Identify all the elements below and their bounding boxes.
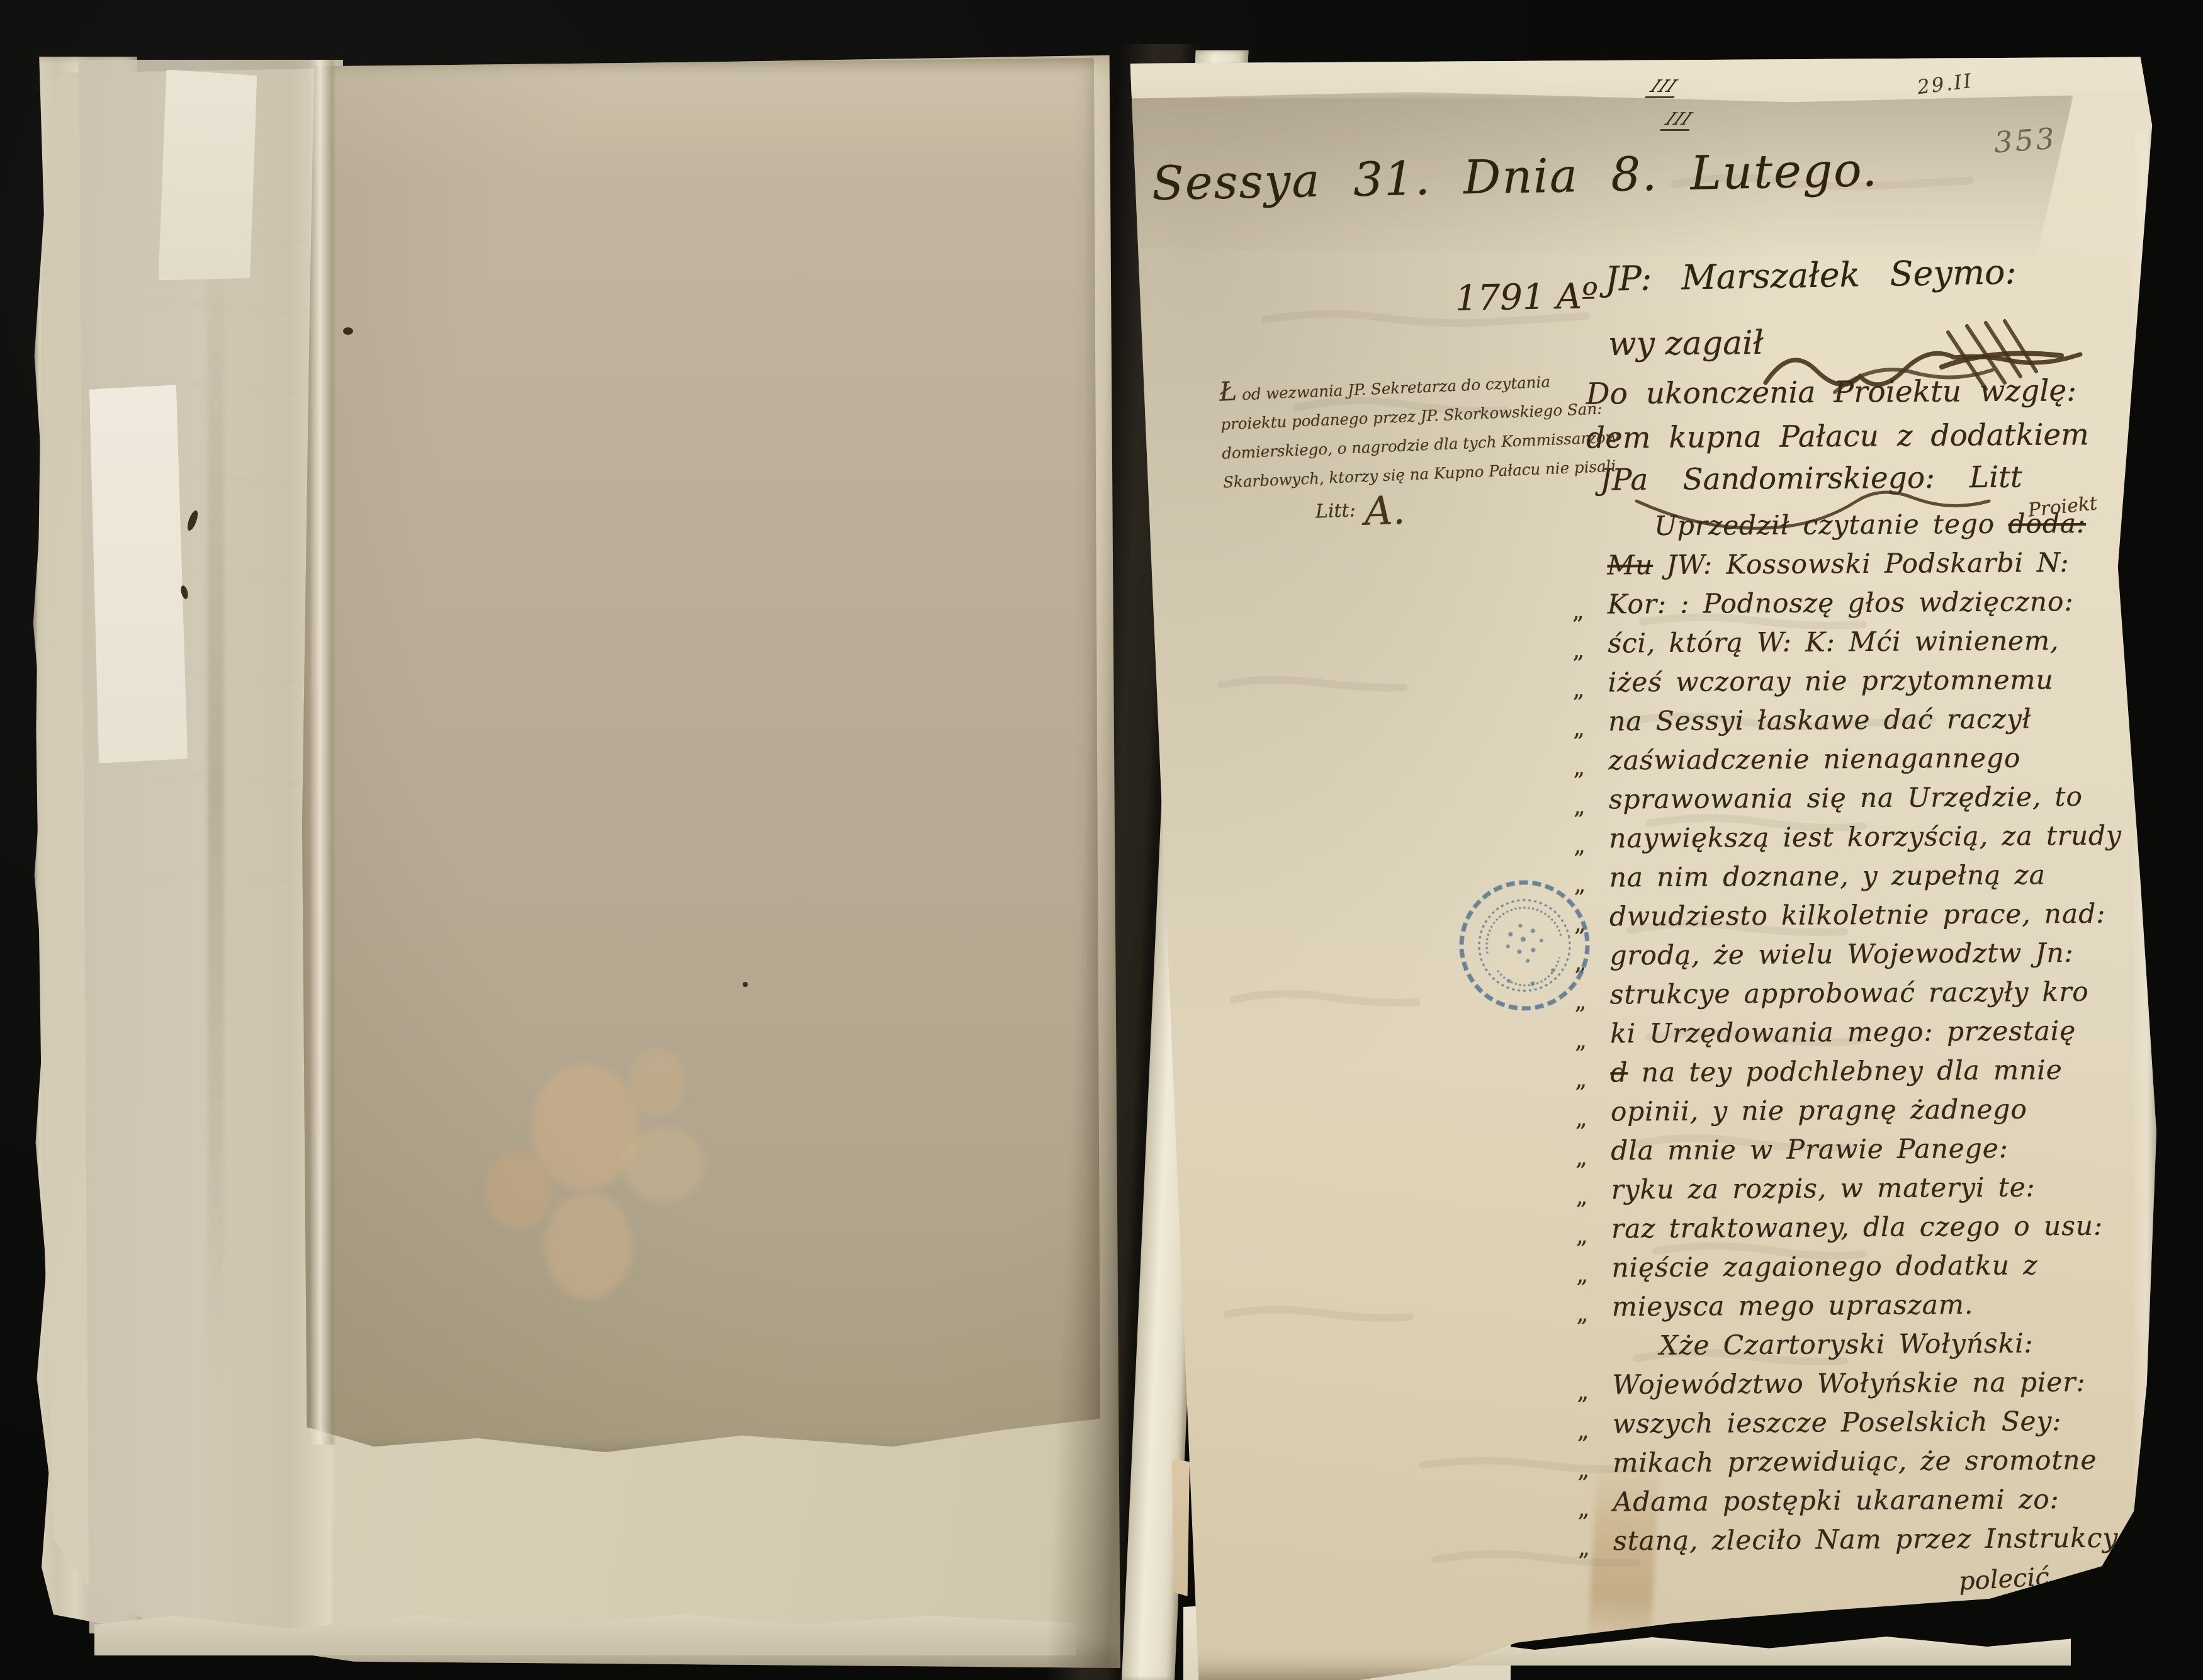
quote-mark: „ [1575,1145,1588,1171]
manuscript-line: „grodą, że wielu Wojewodztw Jn: [1573,937,2171,980]
text-segment: mikach przewiduiąc, że sromotne [1613,1445,2097,1479]
manuscript-line: „sprawowania się na Urzędzie, to [1572,781,2170,824]
manuscript-line: „d na tey podchlebney dla mnie [1574,1054,2172,1097]
line-text: Województwo Wołyńskie na pier: [1612,1367,2085,1401]
text-segment: Kor: : Podnoszę głos wdzięczno: [1608,587,2074,621]
paper-repair-strip-left [89,385,188,764]
ink-speck [343,327,353,335]
quote-mark: „ [1577,1301,1589,1327]
text-segment: dwudziesto kilkoletnie prace, nad: [1609,899,2106,933]
manuscript-line: „mieysca mego upraszam. [1575,1288,2173,1331]
line-text: ści, którą W: K: Mći winienem, [1608,626,2059,659]
opening-line-3: Do ukonczenia Proiektu wzglę: [1586,373,2076,411]
manuscript-line: „na Sessyi łaskawe dać raczył [1572,703,2170,746]
manuscript-line: „na nim doznane, y zupełną za [1572,859,2170,902]
line-text: Kor: : Podnoszę głos wdzięczno: [1608,587,2074,621]
text-segment: Adama postępki ukaranemi zo: [1613,1484,2059,1518]
quote-mark: „ [1574,794,1586,820]
text-segment: ryku za rozpis, w materyi te: [1611,1172,2035,1205]
manuscript-line: Xże Czartoryski Wołyński: [1575,1328,2173,1370]
quote-mark: „ [1575,1106,1588,1132]
speaker-line-1: JP: Marszałek Seymo: [1605,252,2017,298]
corner-ink-mark: 29.II [1916,70,1975,99]
quote-mark: „ [1578,1496,1591,1522]
right-page: III III 29.II 353 Sessya 31. Dnia 8. Lut… [1108,55,2178,1680]
session-title: Sessya 31. Dnia 8. Lutego. [1151,143,1878,211]
quote-mark: „ [1575,1067,1587,1093]
sheet-fold-ridge [310,60,336,1445]
year-line: 1791 Aº [1455,276,1598,319]
line-text: nięście zagaionego dodatku z [1611,1250,2037,1283]
quote-mark: „ [1577,1457,1590,1483]
litt-letter: A. [1355,487,1406,535]
quote-mark: „ [1576,1184,1589,1210]
manuscript-line: „ki Urzędowania mego: przestaię [1574,1015,2172,1058]
right-page-content: III III 29.II 353 Sessya 31. Dnia 8. Lut… [1108,55,2178,1680]
margin-note: Ł od wezwania JP. Sekretarza do czytania… [1219,363,1575,497]
quote-mark: „ [1576,1223,1589,1249]
struck-text: doda: [2008,509,2086,540]
quote-mark: „ [1572,638,1585,663]
text-segment: sprawowania się na Urzędzie, to [1609,782,2083,816]
text-segment: na Sessyi łaskawe dać raczył [1608,704,2031,737]
text-segment: Uprzedził czytanie tego [1654,509,2009,542]
litt-label: Litt: [1315,499,1356,522]
catchword-flourish [1954,1601,2099,1638]
catchword: polecić [1958,1562,2050,1596]
pasted-grey-sheet [302,58,1100,1452]
text-segment: JW: Kossowski Podskarbi N: [1653,548,2070,581]
line-text: mikach przewiduiąc, że sromotne [1613,1445,2097,1479]
pencil-page-number: 353 [1993,121,2058,160]
gutter-tape [1172,1459,1190,1596]
line-text: na nim doznane, y zupełną za [1609,860,2045,893]
line-text: d na tey podchlebney dla mnie [1610,1055,2062,1088]
manuscript-line: „staną, zleciło Nam przez Instrukcye [1577,1523,2175,1565]
quote-mark: „ [1578,1535,1591,1561]
text-segment: mieysca mego upraszam. [1612,1290,1974,1323]
text-segment: na nim doznane, y zupełną za [1609,860,2045,893]
line-text: strukcye approbować raczyły kro [1610,977,2089,1011]
line-text: wszych ieszcze Poselskich Sey: [1613,1406,2062,1440]
line-text: dwudziesto kilkoletnie prace, nad: [1609,899,2106,933]
opening-line-4: dem kupna Pałacu z dodatkiem [1586,417,2089,456]
stain-blob [544,1193,633,1300]
paper-repair-strip-top [159,69,257,282]
manuscript-line: Uprzedził czytanie tego doda: [1570,508,2168,551]
quote-mark: „ [1576,1262,1589,1288]
manuscript-line: „strukcye approbować raczyły kro [1574,976,2172,1019]
struck-text: d [1610,1057,1628,1088]
line-text: mieysca mego upraszam. [1612,1290,1974,1323]
text-segment: grodą, że wielu Wojewodztw Jn: [1609,938,2074,972]
manuscript-line: „raz traktowaney, dla czego o usu: [1575,1210,2173,1253]
line-text: Xże Czartoryski Wołyński: [1659,1328,2034,1361]
text-segment: ści, którą W: K: Mći winienem, [1608,626,2059,659]
manuscript-line: „dwudziesto kilkoletnie prace, nad: [1573,898,2171,941]
quote-mark: „ [1574,833,1586,859]
quote-mark: „ [1577,1379,1589,1405]
manuscript-line: „wszych ieszcze Poselskich Sey: [1576,1406,2174,1448]
stain-blob [629,1048,686,1117]
quote-mark: „ [1572,599,1585,624]
line-text: Adama postępki ukaranemi zo: [1613,1484,2059,1518]
manuscript-line: „nięście zagaionego dodatku z [1575,1249,2173,1292]
line-text: opinii, y nie pragnę żadnego [1611,1094,2027,1127]
text-segment: Województwo Wołyńskie na pier: [1612,1367,2085,1401]
line-text: Uprzedził czytanie tego doda: [1654,509,2086,542]
manuscript-line: „Kor: : Podnoszę głos wdzięczno: [1571,586,2169,629]
library-stamp [1443,864,1607,1028]
margin-note-reference: Litt:A. [1315,487,1406,536]
text-segment: na tey podchlebney dla mnie [1628,1055,2062,1088]
folio-mark-page: III [1660,110,1700,131]
line-text: sprawowania się na Urzędzie, to [1609,782,2083,816]
text-segment: naywiększą iest korzyścią, za trudy [1609,821,2122,855]
line-text: grodą, że wielu Wojewodztw Jn: [1609,938,2074,972]
manuscript-book-scan: III III 29.II 353 Sessya 31. Dnia 8. Lut… [0,0,2203,1680]
line-text: zaświadczenie nienagannego [1608,743,2020,777]
ink-speck [743,982,748,987]
line-text: dla mnie w Prawie Panege: [1611,1134,2009,1167]
struck-text: Mu [1607,550,1653,581]
line-text: iżeś wczoray nie przytomnemu [1608,665,2054,698]
manuscript-line: „opinii, y nie pragnę żadnego [1574,1093,2172,1136]
text-segment: wszych ieszcze Poselskich Sey: [1613,1406,2062,1440]
manuscript-line: „dla mnie w Prawie Panege: [1574,1132,2172,1175]
manuscript-line: „mikach przewiduiąc, że sromotne [1576,1445,2174,1487]
quote-mark: „ [1573,755,1586,781]
line-text: raz traktowaney, dla czego o usu: [1611,1211,2103,1245]
manuscript-line: „zaświadczenie nienagannego [1572,742,2170,785]
folio-mark-top-edge: III [1645,77,1685,98]
text-segment: dla mnie w Prawie Panege: [1611,1134,2009,1167]
manuscript-line: „iżeś wczoray nie przytomnemu [1572,664,2170,707]
manuscript-line: „ryku za rozpis, w materyi te: [1574,1171,2172,1214]
stain-blob [485,1149,554,1231]
line-text: Mu JW: Kossowski Podskarbi N: [1607,548,2069,581]
text-segment: iżeś wczoray nie przytomnemu [1608,665,2054,698]
text-segment: strukcye approbować raczyły kro [1610,977,2089,1011]
quote-mark: „ [1575,1028,1587,1054]
manuscript-line: „Województwo Wołyńskie na pier: [1575,1367,2173,1409]
line-text: na Sessyi łaskawe dać raczył [1608,704,2031,737]
manuscript-line: „Adama postępki ukaranemi zo: [1576,1484,2174,1526]
text-segment: Xże Czartoryski Wołyński: [1659,1328,2034,1361]
manuscript-line: „naywiększą iest korzyścią, za trudy [1572,820,2170,863]
line-text: ki Urzędowania mego: przestaię [1610,1016,2076,1050]
quote-mark: „ [1577,1418,1590,1444]
left-page-streak [208,189,224,1385]
manuscript-line: Mu JW: Kossowski Podskarbi N: [1570,547,2168,590]
speaker-line-2: wy zagaił [1608,324,1764,363]
stain-blob [623,1127,705,1202]
line-text: staną, zleciło Nam przez Instrukcye [1613,1523,2134,1557]
manuscript-line: „ści, którą W: K: Mći winienem, [1571,625,2169,668]
text-segment: staną, zleciło Nam przez Instrukcye [1613,1523,2134,1557]
text-segment: nięście zagaionego dodatku z [1611,1250,2037,1283]
line-text: ryku za rozpis, w materyi te: [1611,1172,2035,1205]
text-segment: raz traktowaney, dla czego o usu: [1611,1211,2103,1245]
quote-mark: „ [1573,677,1586,702]
text-segment: opinii, y nie pragnę żadnego [1611,1094,2027,1127]
line-text: naywiększą iest korzyścią, za trudy [1609,821,2122,855]
quote-mark: „ [1573,716,1586,741]
text-segment: zaświadczenie nienagannego [1608,743,2020,777]
text-segment: ki Urzędowania mego: przestaię [1610,1016,2076,1050]
